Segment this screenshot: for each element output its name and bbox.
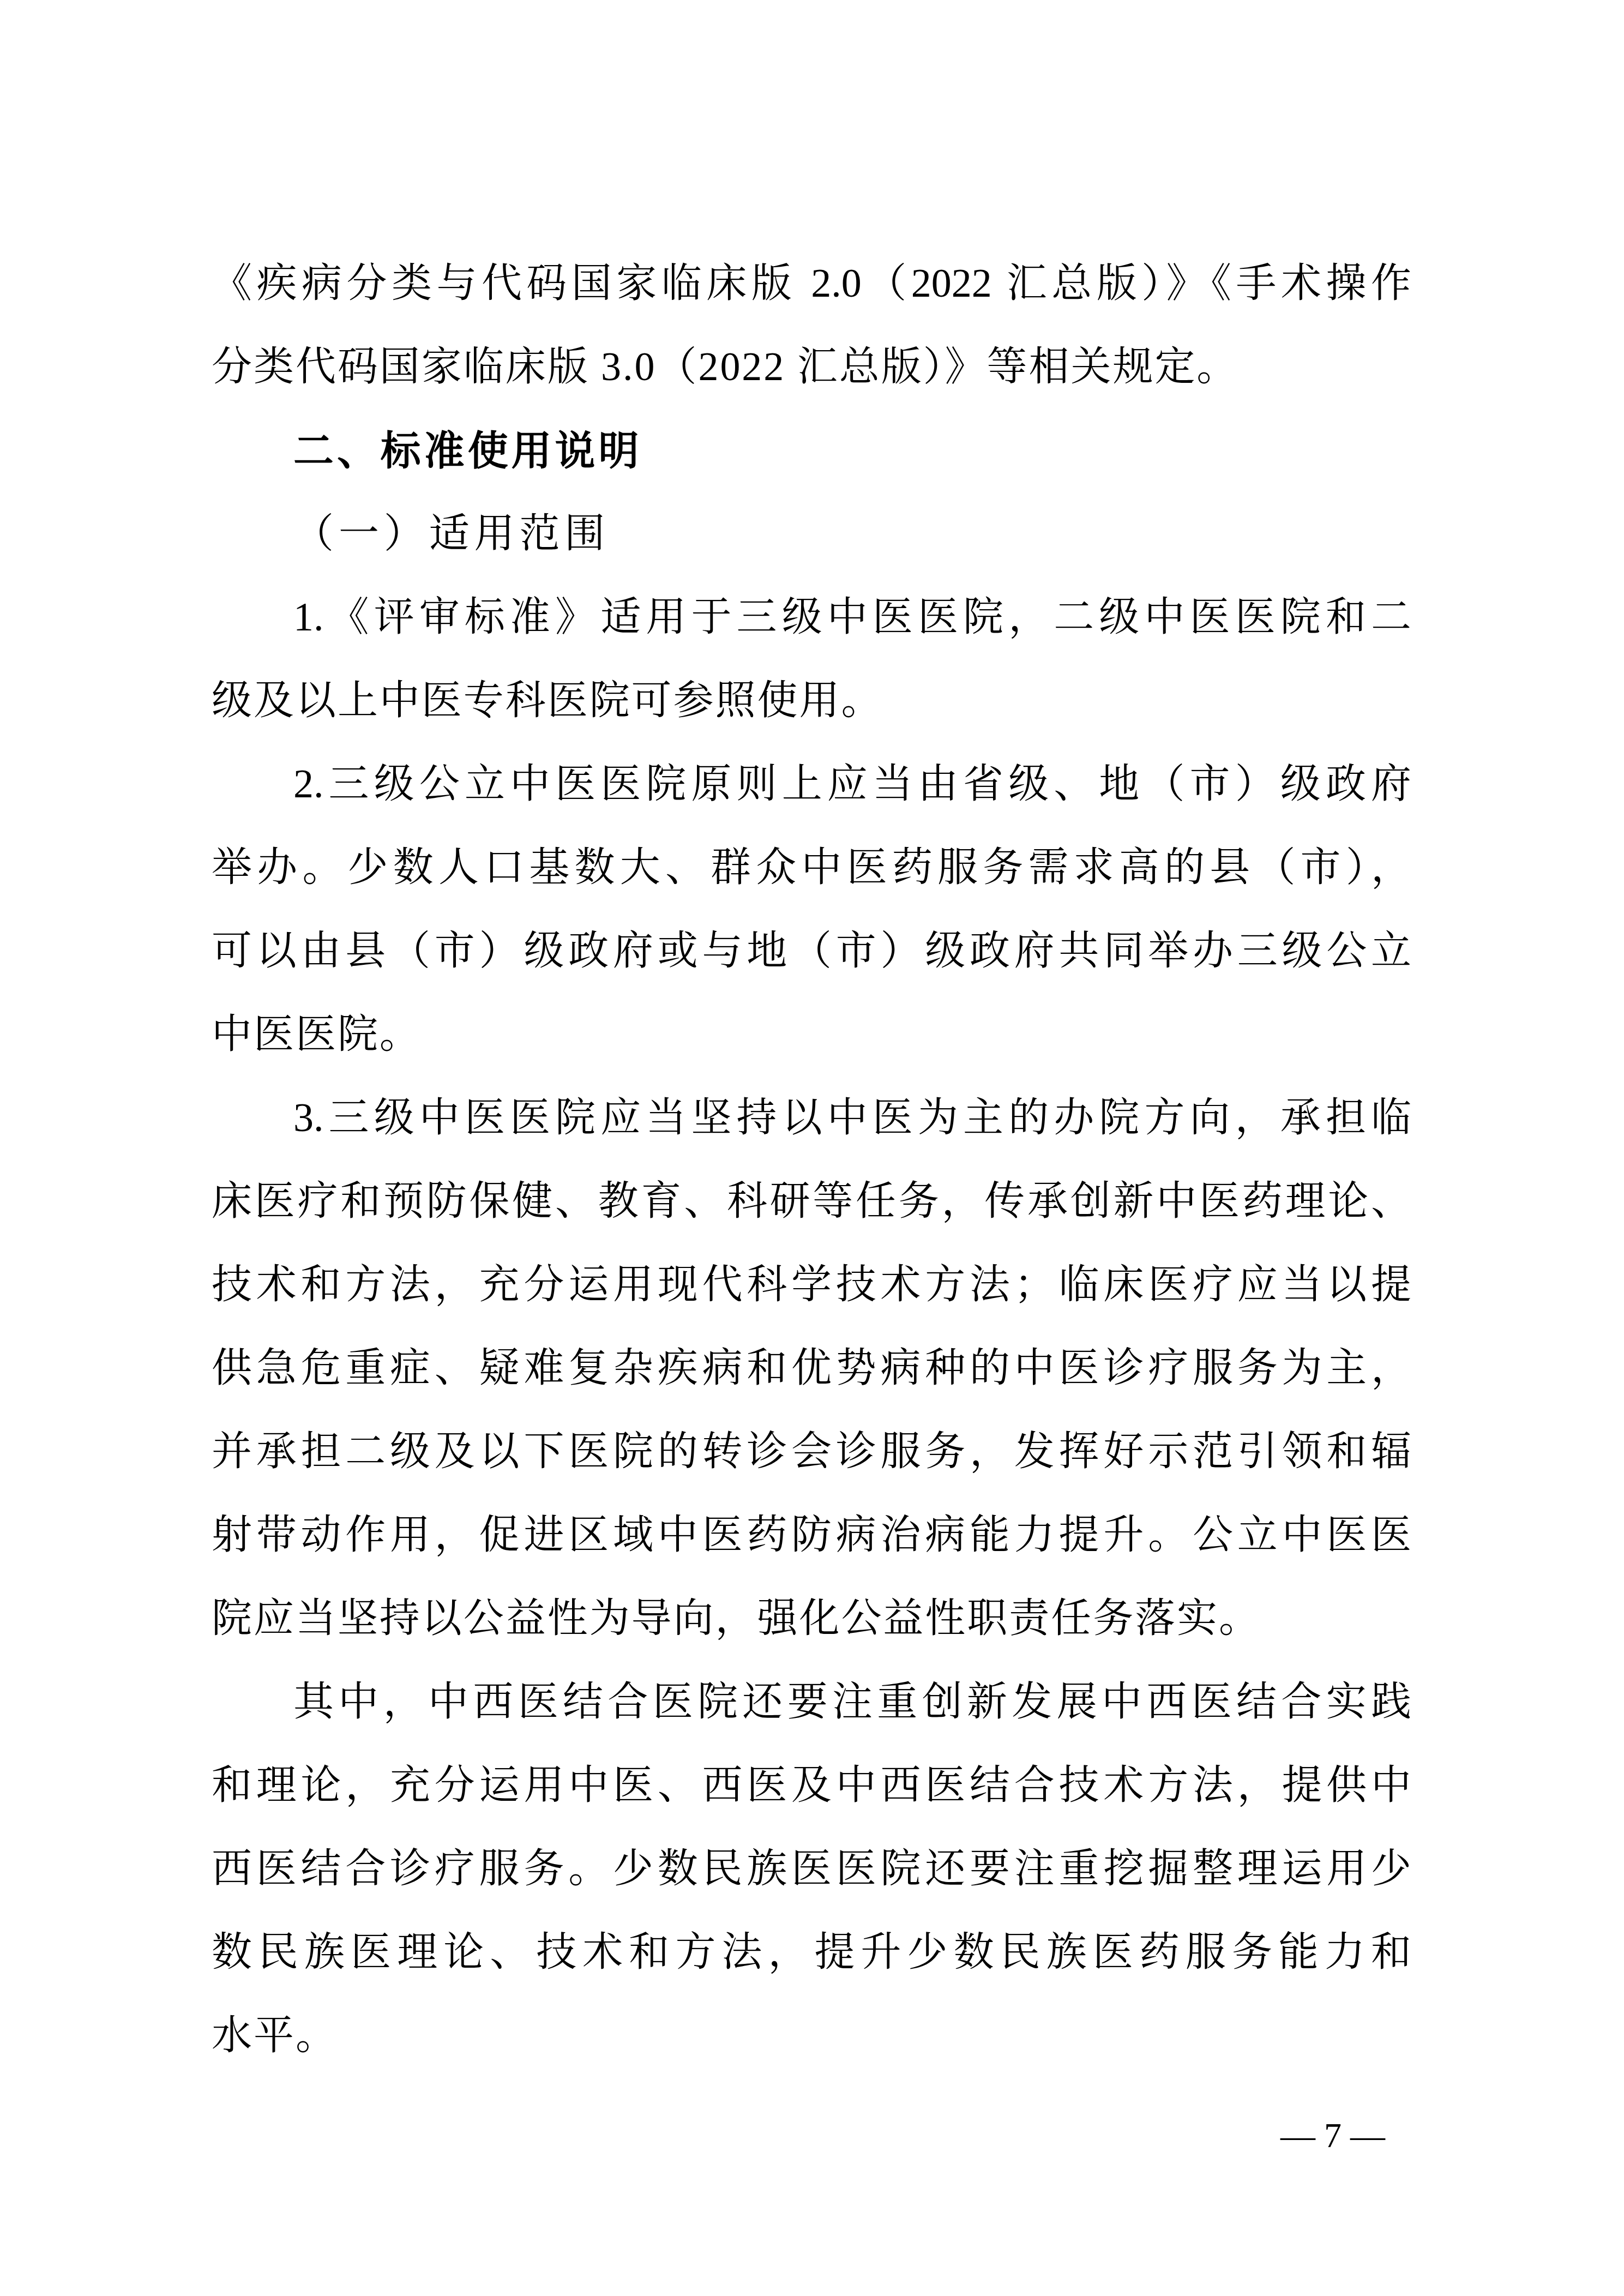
body-line: 供急危重症、疑难复杂疾病和优势病种的中医诊疗服务为主， [212, 1327, 1411, 1410]
body-line: 床医疗和预防保健、教育、科研等任务，传承创新中医药理论、 [212, 1160, 1411, 1243]
body-line: 其中，中西医结合医院还要注重创新发展中西医结合实践 [212, 1661, 1411, 1744]
body-line: 2.三级公立中医医院原则上应当由省级、地（市）级政府 [212, 743, 1411, 826]
body-line: 1.《评审标准》适用于三级中医医院，二级中医医院和二 [212, 576, 1411, 659]
body-line: 数民族医理论、技术和方法，提升少数民族医药服务能力和 [212, 1911, 1411, 1994]
document-page: 《疾病分类与代码国家临床版 2.0（2022 汇总版）》《手术操作 分类代码国家… [0, 0, 1624, 2296]
subsection-heading: （一）适用范围 [212, 492, 1411, 576]
body-line: 射带动作用，促进区域中医药防病治病能力提升。公立中医医 [212, 1494, 1411, 1577]
body-line: 和理论，充分运用中医、西医及中西医结合技术方法，提供中 [212, 1744, 1411, 1828]
body-line: 水平。 [212, 1994, 1411, 2078]
page-number: — 7 — [1280, 2115, 1385, 2157]
body-line: 院应当坚持以公益性为导向，强化公益性职责任务落实。 [212, 1577, 1411, 1661]
body-line: 并承担二级及以下医院的转诊会诊服务，发挥好示范引领和辐 [212, 1410, 1411, 1494]
body-line: 级及以上中医专科医院可参照使用。 [212, 659, 1411, 743]
body-line: 3.三级中医医院应当坚持以中医为主的办院方向，承担临 [212, 1077, 1411, 1160]
body-line: 技术和方法，充分运用现代科学技术方法；临床医疗应当以提 [212, 1243, 1411, 1327]
section-heading: 二、标准使用说明 [212, 409, 1411, 492]
document-body: 《疾病分类与代码国家临床版 2.0（2022 汇总版）》《手术操作 分类代码国家… [212, 242, 1411, 2078]
body-line: 《疾病分类与代码国家临床版 2.0（2022 汇总版）》《手术操作 [212, 242, 1411, 326]
body-line: 可以由县（市）级政府或与地（市）级政府共同举办三级公立 [212, 910, 1411, 993]
body-line: 中医医院。 [212, 993, 1411, 1077]
body-line: 西医结合诊疗服务。少数民族医医院还要注重挖掘整理运用少 [212, 1828, 1411, 1911]
body-line: 举办。少数人口基数大、群众中医药服务需求高的县（市）， [212, 826, 1411, 910]
body-line: 分类代码国家临床版 3.0（2022 汇总版）》等相关规定。 [212, 326, 1411, 409]
